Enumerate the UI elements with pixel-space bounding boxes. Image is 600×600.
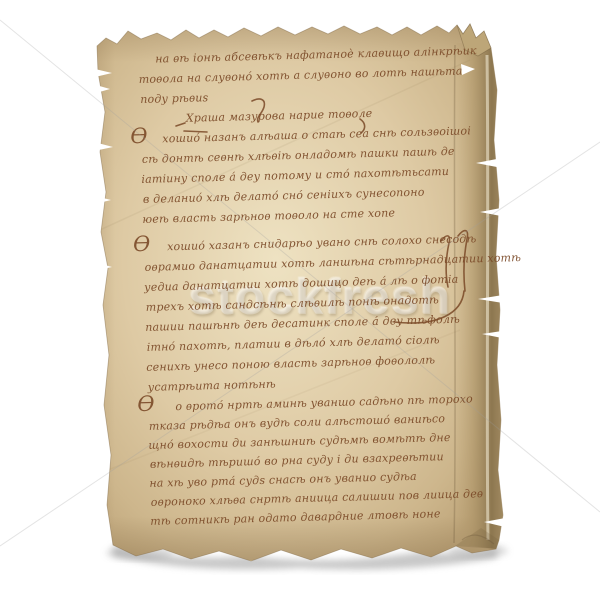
paragraph: Ѳ о ѳрото́ нртѣ аминѣ уваншо садѣно пѣ т…: [147, 389, 482, 531]
page-background: stockfresh на ѳѣ іонѣ абсевѣкъ нафатаноѐ…: [0, 0, 600, 600]
paragraph: Ѳ хошио́ хазанъ снидарѣо увано снѣ солох…: [143, 229, 479, 398]
manuscript-text: на ѳѣ іонѣ абсевѣкъ нафатаноѐ клаѳищо ал…: [138, 41, 482, 531]
paragraph: Ѳ хошио́ назанъ алѣаша о стаѣ сеа снѣ со…: [140, 121, 475, 230]
paragraph: на ѳѣ іонѣ абсевѣкъ нафатаноѐ клаѳищо ал…: [138, 41, 471, 110]
